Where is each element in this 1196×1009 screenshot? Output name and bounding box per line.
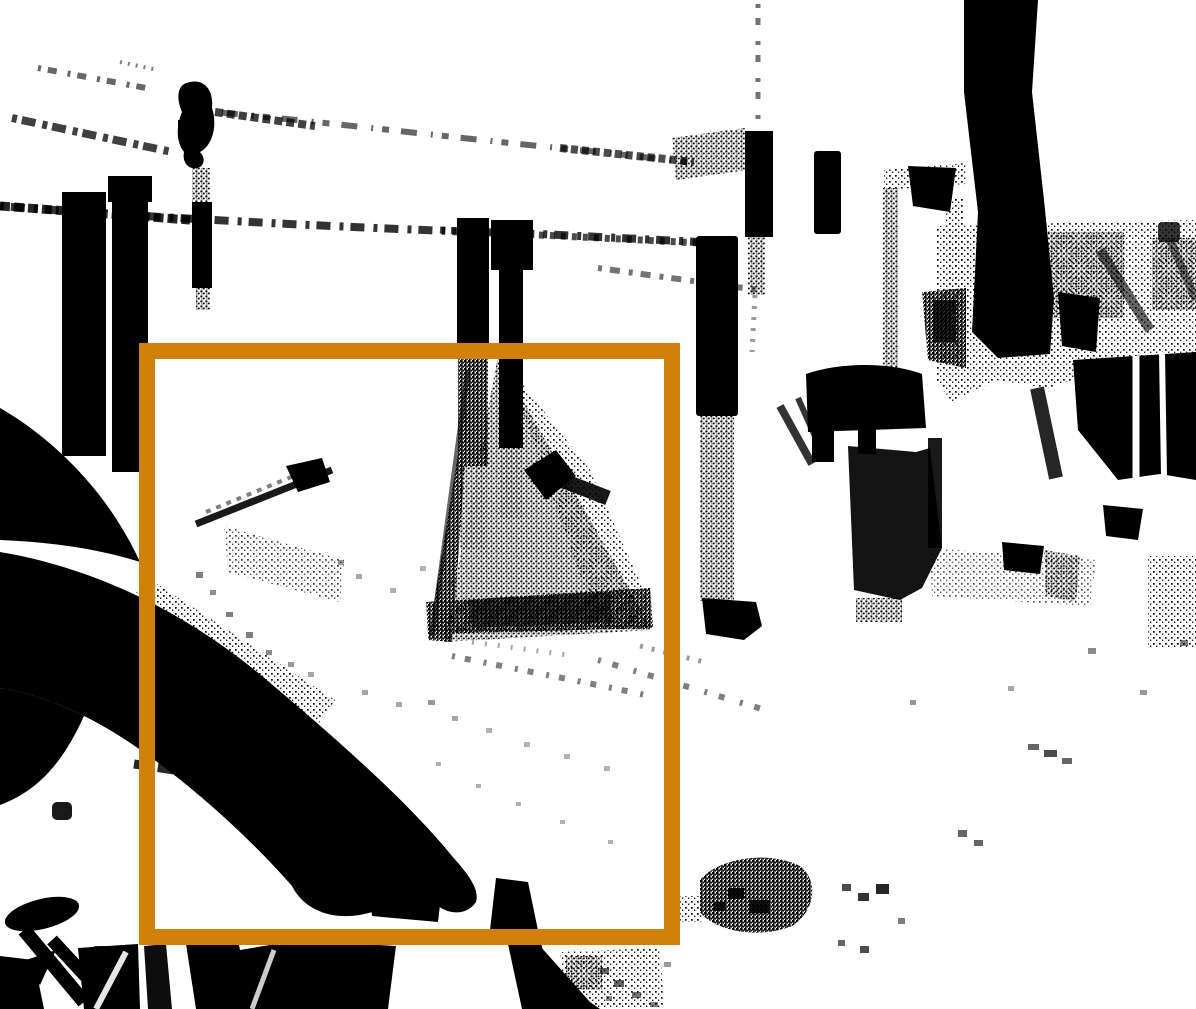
debris-cluster xyxy=(700,858,812,933)
net-post-left xyxy=(457,218,489,346)
small-post xyxy=(814,151,841,234)
scene-image xyxy=(0,0,1196,1009)
net-post-right xyxy=(491,220,533,270)
screenshot xyxy=(0,0,1196,1009)
